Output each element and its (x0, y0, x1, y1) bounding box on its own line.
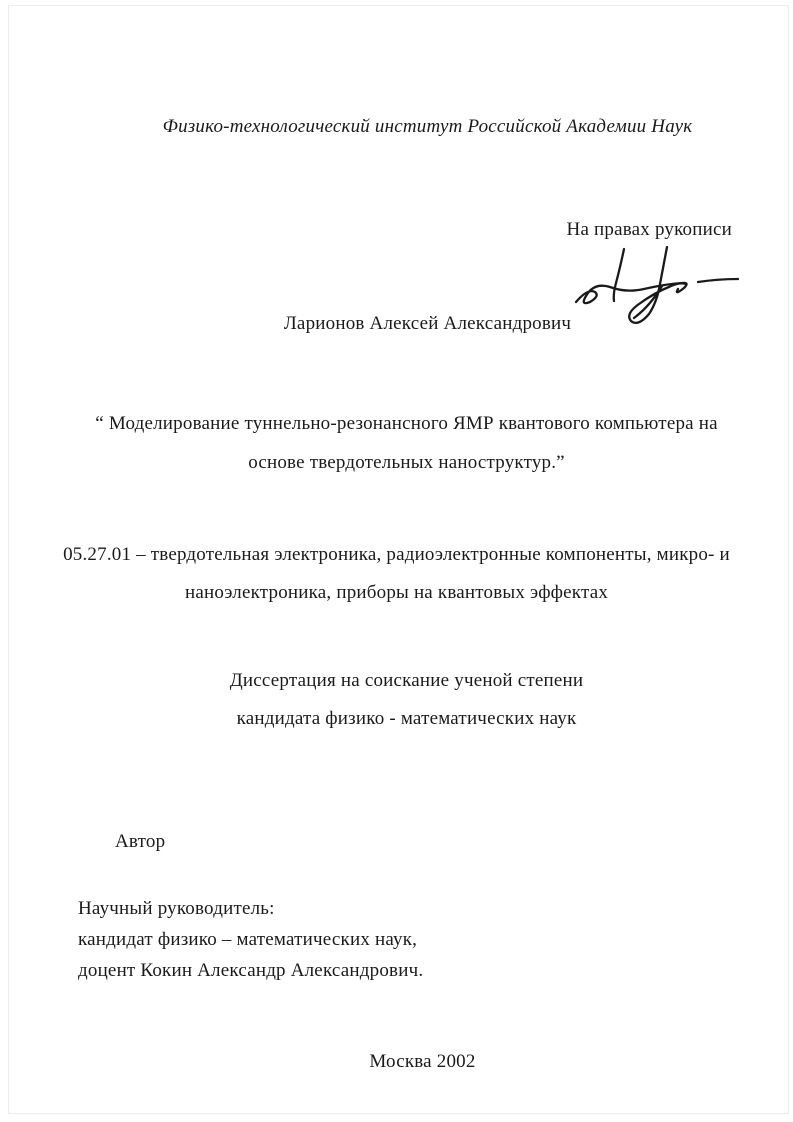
specialty-line2: наноэлектроника, приборы на квантовых эф… (20, 574, 773, 612)
author-full-name: Ларионов Алексей Александрович (62, 313, 793, 335)
specialty-line1: 05.27.01 – твердотельная электроника, ра… (20, 536, 773, 574)
supervisor-degree: кандидат физико – математических наук, (78, 924, 423, 955)
dissertation-title-line1: “ Моделирование туннельно-резонансного Я… (30, 404, 783, 443)
degree-line2: кандидата физико - математических наук (30, 700, 783, 738)
supervisor-label: Научный руководитель: (78, 893, 423, 924)
degree-line1: Диссертация на соискание ученой степени (30, 662, 783, 700)
institute-name: Физико-технологический институт Российск… (62, 116, 793, 138)
dissertation-title-page: Физико-технологический институт Российск… (0, 0, 793, 1122)
supervisor-info: Научный руководитель: кандидат физико – … (78, 893, 423, 986)
author-label: Автор (115, 831, 165, 853)
manuscript-rights-note: На правах рукописи (567, 219, 732, 241)
degree-statement: Диссертация на соискание ученой степени … (30, 662, 783, 738)
dissertation-title-line2: основе твердотельных наноструктур.” (30, 443, 783, 482)
city-year: Москва 2002 (52, 1051, 793, 1073)
specialty-code: 05.27.01 – твердотельная электроника, ра… (20, 536, 773, 612)
dissertation-title: “ Моделирование туннельно-резонансного Я… (30, 404, 783, 482)
supervisor-name: доцент Кокин Александр Александрович. (78, 955, 423, 986)
